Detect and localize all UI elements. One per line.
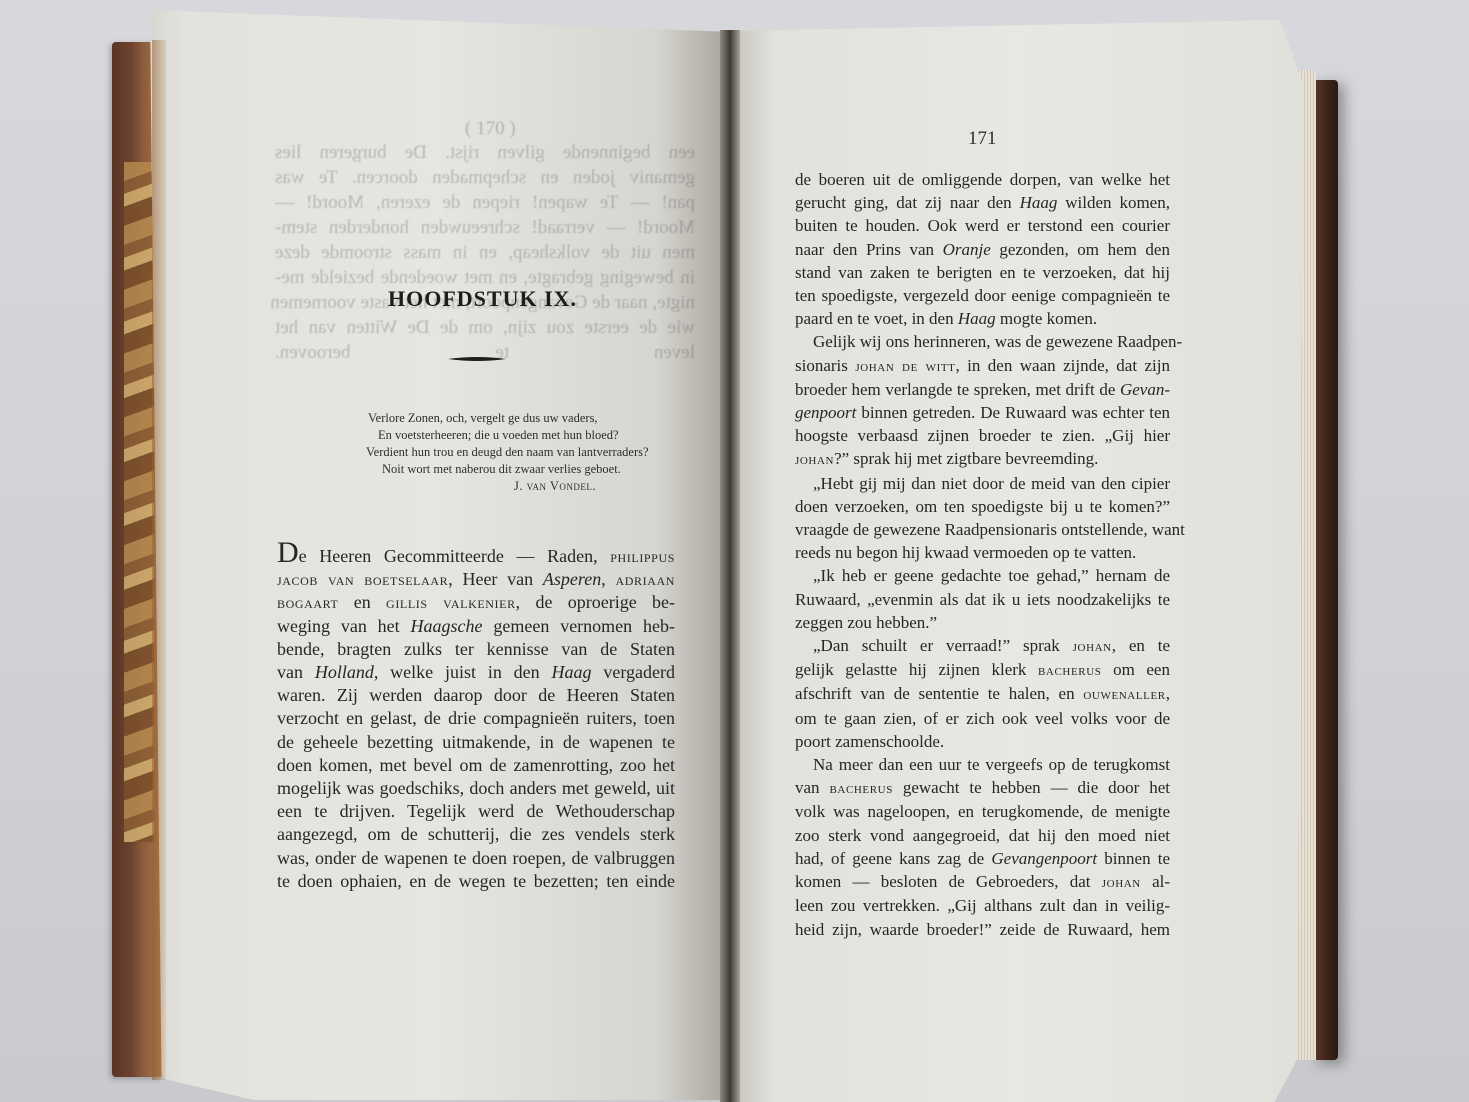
text-run: had, of geene kans zag de [795,849,991,868]
showthrough-line: men uit de volksheap, en in mass stroomd… [275,240,695,265]
text-run: gezonden, om hem den [991,240,1170,259]
text-line: afschrift van de sententie te halen, en … [795,682,1170,706]
text-run: wilden komen, [1057,193,1170,212]
ornament-rule-icon [448,356,506,362]
text-run: broeder hem verlangde te spreken, met dr… [795,380,1120,399]
text-line: reeds nu begon hij kwaad vermoeden op te… [795,541,1170,564]
text-line: van bacherus gewacht te hebben — die doo… [795,776,1170,800]
italic-term: Gevangenpoort [991,849,1097,868]
italic-term: Asperen [543,569,601,589]
text-run: , [1166,684,1170,703]
right-body-text: de boeren uit de omliggende dorpen, van … [795,168,1170,941]
text-line: aangezegd, om de schutterij, die zes ven… [277,823,675,846]
text-run: waren. Zij werden daarop door de Heeren … [277,685,675,705]
book-gutter [720,30,740,1102]
text-run: doen verzoeken, om ten spoedigste bij u … [795,497,1170,516]
text-line: „Dan schuilt er verraad!” sprak johan, e… [795,634,1170,658]
text-line: gerucht ging, dat zij naar den Haag wild… [795,191,1170,214]
text-line: bende, bragten zulks ter kennisse van de… [277,638,675,661]
text-run: gelijk gelastte hij zijnen klerk [795,660,1038,679]
small-caps-name: johan [795,451,834,468]
text-run: een te drijven. Tegelijk werd de Wethoud… [277,801,675,821]
italic-term: Oranje [943,240,991,259]
text-line: vraagde de gewezene Raadpensionaris onts… [795,518,1170,541]
text-run: „Dan schuilt er verraad!” sprak [813,636,1073,655]
small-caps-name: bacherus [829,780,892,797]
text-line: volk was nageloopen, en terugkomende, de… [795,800,1170,823]
text-line: had, of geene kans zag de Gevangenpoort … [795,847,1170,870]
text-line: broeder hem verlangde te spreken, met dr… [795,378,1170,401]
text-run: , Heer van [448,569,543,589]
text-run: verzocht en gelast, de drie compagnieën … [277,708,675,728]
left-body-text: De Heeren Gecommitteerde — Raden, philip… [277,543,675,893]
showthrough-line: wie de eerste zou zijn, om de De Witten … [275,315,695,340]
text-run: om te gaan zien, of er zich ook veel vol… [795,709,1170,728]
epigraph-line: Verlore Zonen, och, vergelt ge dus uw va… [362,410,652,427]
text-run: volk was nageloopen, en terugkomende, de… [795,802,1170,821]
text-run: zeggen zou hebben.” [795,613,937,632]
text-run: vraagde de gewezene Raadpensionaris onts… [795,520,1185,539]
italic-term: Haagsche [411,616,483,636]
text-line: „Hebt gij mij dan niet door de meid van … [795,472,1170,495]
text-line: genpoort binnen getreden. De Ruwaard was… [795,401,1170,424]
text-line: weging van het Haagsche gemeen vernomen … [277,615,675,638]
text-run: reeds nu begon hij kwaad vermoeden op te… [795,543,1136,562]
text-line: Gelijk wij ons herinneren, was de geweze… [795,330,1170,353]
right-folio: 171 [968,128,997,150]
text-line: zoo sterk vond aangegroeid, dat hij den … [795,824,1170,847]
epigraph-attribution: J. van Vondel. [362,478,652,495]
text-run: gemeen vernomen heb- [483,616,675,636]
text-run: , [601,569,615,589]
text-run: van [277,662,315,682]
text-line: De Heeren Gecommitteerde — Raden, philip… [277,543,675,568]
text-run: naar den Prins van [795,240,943,259]
text-line: buiten te houden. Ook werd er terstond e… [795,214,1170,237]
text-run: , in den waan zijnde, dat zijn [955,356,1170,375]
text-line: komen — besloten de Gebroeders, dat joha… [795,870,1170,894]
text-run: Na meer dan een uur te vergeefs op de te… [813,755,1170,774]
text-line: Na meer dan een uur te vergeefs op de te… [795,753,1170,776]
small-caps-name: gillis valkenier [386,593,516,612]
text-line: een te drijven. Tegelijk werd de Wethoud… [277,800,675,823]
text-run: bende, bragten zulks ter kennisse van de… [277,639,675,659]
text-line: leen zou vertrekken. „Gij althans zult d… [795,894,1170,917]
text-run: Gelijk wij ons herinneren, was de geweze… [813,332,1182,351]
small-caps-name: ouwenaller [1083,686,1165,703]
marbled-board [124,162,154,842]
text-run: om een [1101,660,1170,679]
small-caps-name: bacherus [1038,662,1101,679]
text-run: „Hebt gij mij dan niet door de meid van … [813,474,1170,493]
text-line: sionaris johan de witt, in den waan zijn… [795,354,1170,378]
left-folio: ( 170 ) [465,118,516,140]
text-line: stand van zaken te berigten en te verzoe… [795,261,1170,284]
text-line: zeggen zou hebben.” [795,611,1170,634]
showthrough-line: Moord! — verraad! schreeuwden honderden … [275,215,695,240]
small-caps-name: philippus [610,547,675,566]
epigraph-line: Noit wort met naberou dit zwaar verlies … [362,461,652,478]
text-run: mogte komen. [996,309,1098,328]
text-run: „Ik heb er geene gedachte toe gehad,” he… [813,566,1170,585]
text-run: buiten te houden. Ook werd er terstond e… [795,216,1170,235]
text-run: , de oproerige be- [516,592,675,612]
text-run: , en te [1112,636,1170,655]
epigraph: Verlore Zonen, och, vergelt ge dus uw va… [362,410,652,495]
text-line: paard en te voet, in den Haag mogte kome… [795,307,1170,330]
text-line: „Ik heb er geene gedachte toe gehad,” he… [795,564,1170,587]
text-line: doen verzoeken, om ten spoedigste bij u … [795,495,1170,518]
small-caps-name: bogaart [277,593,338,612]
showthrough-text: een beginnende gilven rijst. De burgeren… [275,140,695,365]
text-line: hoogste verbaasd zijnen broeder te zien.… [795,424,1170,447]
showthrough-line: gemaniv joden en schepmaden doorcen. Te … [275,165,695,190]
text-run: stand van zaken te berigten en te verzoe… [795,263,1170,282]
text-line: ten spoedigste, vergezeld door eenige co… [795,284,1170,307]
text-run: te doen ophaien, en de wegen te bezetten… [277,871,675,891]
text-run: poort zamenschoolde. [795,732,944,751]
italic-term: Haag [958,309,996,328]
text-run: hoogste verbaasd zijnen broeder te zien.… [795,426,1170,445]
showthrough-line: een beginnende gilven rijst. De burgeren… [275,140,695,165]
text-run: van [795,778,829,797]
text-run: en [338,592,386,612]
text-run: ?” sprak hij met zigtbare bevreemding. [834,449,1098,468]
text-run: binnen getreden. De Ruwaard was echter t… [856,403,1170,422]
text-run: weging van het [277,616,411,636]
drop-cap: D [277,536,299,569]
text-line: te doen ophaien, en de wegen te bezetten… [277,870,675,893]
italic-term: Gevan- [1120,380,1170,399]
small-caps-name: johan [1102,874,1141,891]
text-run: al- [1141,872,1170,891]
text-line: waren. Zij werden daarop door de Heeren … [277,684,675,707]
epigraph-line: Verdient hun trou en deugd den naam van … [362,444,652,461]
text-run: gewacht te hebben — die door het [893,778,1170,797]
chapter-title: HOOFDSTUK IX. [388,286,577,312]
text-run: de boeren uit de omliggende dorpen, van … [795,170,1170,189]
text-run: afschrift van de sententie te halen, en [795,684,1083,703]
text-line: gelijk gelastte hij zijnen klerk bacheru… [795,658,1170,682]
text-line: om te gaan zien, of er zich ook veel vol… [795,707,1170,730]
text-run: e Heeren Gecommitteerde — Raden, [299,546,611,566]
text-line: de boeren uit de omliggende dorpen, van … [795,168,1170,191]
text-run: binnen te [1097,849,1170,868]
text-run: sionaris [795,356,855,375]
text-run: paard en te voet, in den [795,309,958,328]
small-caps-name: adriaan [615,570,675,589]
italic-term: Haag [1020,193,1058,212]
text-line: verzocht en gelast, de drie compagnieën … [277,707,675,730]
text-run: de geheele bezetting uitmakende, in de w… [277,732,675,752]
text-line: Ruwaard, „evenmin als dat ik u iets nood… [795,588,1170,611]
text-line: bogaart en gillis valkenier, de oproerig… [277,591,675,614]
showthrough-line: pan! — Te wapen! riepen de ezeren, Moord… [275,190,695,215]
text-run: zoo sterk vond aangegroeid, dat hij den … [795,826,1170,845]
text-run: komen — besloten de Gebroeders, dat [795,872,1102,891]
text-line: jacob van boetselaar, Heer van Asperen, … [277,568,675,591]
small-caps-name: johan [1073,638,1112,655]
small-caps-name: jacob van boetselaar [277,570,448,589]
text-run: , welke juist in den [374,662,552,682]
text-line: van Holland, welke juist in den Haag ver… [277,661,675,684]
text-run: was, onder de wapenen te doen roepen, de… [277,848,675,868]
text-run: gerucht ging, dat zij naar den [795,193,1020,212]
text-run: heid zijn, waarde broeder!” zeide de Ruw… [795,920,1170,939]
text-run: leen zou vertrekken. „Gij althans zult d… [795,896,1170,915]
text-run: aangezegd, om de schutterij, die zes ven… [277,824,675,844]
italic-term: Holland [315,662,374,682]
epigraph-line: En voetsterheeren; die u voeden met hun … [362,427,652,444]
text-line: de geheele bezetting uitmakende, in de w… [277,731,675,754]
text-line: was, onder de wapenen te doen roepen, de… [277,847,675,870]
text-line: naar den Prins van Oranje gezonden, om h… [795,238,1170,261]
text-run: mogelijk was goedschiks, doch anders met… [277,778,675,798]
text-line: doen komen, met bevel om de zamenrotting… [277,754,675,777]
italic-term: Haag [552,662,592,682]
text-run: Ruwaard, „evenmin als dat ik u iets nood… [795,590,1170,609]
italic-term: genpoort [795,403,856,422]
text-run: ten spoedigste, vergezeld door eenige co… [795,286,1170,305]
text-line: johan?” sprak hij met zigtbare bevreemdi… [795,447,1170,471]
text-run: vergaderd [592,662,675,682]
foxing-stain [152,40,166,1080]
small-caps-name: johan de witt [855,358,955,375]
text-line: heid zijn, waarde broeder!” zeide de Ruw… [795,918,1170,941]
text-run: doen komen, met bevel om de zamenrotting… [277,755,675,775]
text-line: mogelijk was goedschiks, doch anders met… [277,777,675,800]
text-line: poort zamenschoolde. [795,730,1170,753]
